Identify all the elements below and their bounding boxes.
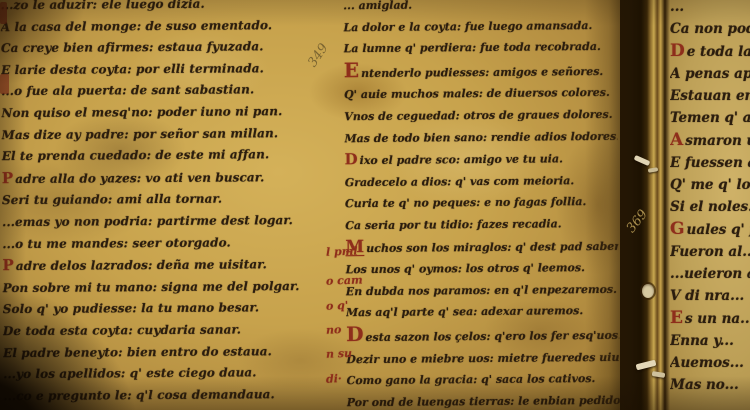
verse-line: Si el noles... (670, 196, 750, 218)
verse-text: Estauan en d... (670, 88, 750, 104)
verse-line: Non quiso el mesq'no: poder iuno ni pan. (1, 101, 321, 125)
verse-text: ...emas yo non podria: partirme dest log… (2, 213, 293, 229)
verse-line: ...emas yo non podria: partirme dest log… (2, 210, 322, 234)
verse-line: El padre beneyto: bien entro do estaua. (3, 340, 323, 364)
verse-text: ...zo le aduzir: ele luego dizia. (1, 0, 205, 12)
verse-line: Padre delos lazrados: deña me uisitar. (2, 253, 322, 278)
verse-line: Vnos de ceguedad: otros de graues dolore… (344, 104, 617, 128)
verse-line: Temen q' afi... (670, 107, 750, 129)
verse-line: ...o fue ala puerta: de sant sabastian. (1, 79, 321, 103)
margin-gloss: no (326, 322, 366, 336)
verse-line: Fueron al... (670, 241, 750, 263)
verse-text: ... (670, 0, 684, 15)
verse-line: Padre alla do yazes: vo ati ven buscar. (2, 166, 322, 191)
verse-text: Enna y... (670, 333, 734, 349)
verse-text: E fuessen ap... (670, 155, 750, 171)
verse-line: ...ueieron a... (670, 263, 750, 285)
verse-text: Curia te q' no peques: e no fagas follia… (345, 195, 586, 210)
margin-gloss: o q' (326, 298, 366, 312)
verse-line: Dezir uno e miebre uos: mietre fueredes … (346, 346, 619, 370)
rubric-initial: E (344, 58, 361, 82)
verse-text: Gradecelo a dios: q' vas com meioria. (345, 174, 574, 189)
verse-line: ...o tu me mandes: seer otorgado. (2, 231, 322, 255)
verse-line: Enna y... (670, 330, 750, 352)
verse-line: Curia te q' no peques: e no fagas follia… (345, 191, 618, 215)
verse-line: Dixo el padre sco: amigo ve tu uia. (345, 147, 618, 172)
verse-text: Por ond de luengas tierras: le enbian pe… (347, 393, 620, 408)
verse-text: Pon sobre mi tu mano: signa me del polga… (3, 279, 300, 295)
verse-text: Auemos... (670, 355, 744, 371)
margin-gloss: di· (326, 371, 366, 385)
verse-text: uchos son los miraglos: q' dest pad sabe… (366, 239, 620, 254)
left-text-column: ...zo le aduzir: ele luego dizia. A la c… (1, 0, 324, 410)
verse-line: A la casa del monge: de suso ementado. (1, 14, 321, 38)
verse-text: smaron un... (685, 133, 750, 149)
verse-line: La dolor e la coyta: fue luego amansada. (343, 14, 616, 38)
verse-line: Solo q' yo pudiesse: la tu mano besar. (3, 297, 323, 321)
verse-line: En dubda nos paramos: en q'l enpezaremos… (346, 279, 619, 303)
verse-text: Mas dize ay padre: por señor san millan. (1, 126, 278, 142)
rubric-initial: P (2, 169, 16, 187)
verse-text: A penas aple... (670, 66, 750, 82)
verse-line: V di nra... (670, 285, 750, 307)
rubric-initial: D (345, 150, 360, 168)
rubric-initial: G (670, 219, 687, 239)
verse-text: Mas aq'l parte q' sea: adexar auremos. (346, 304, 583, 319)
rubric-initial: P (2, 256, 16, 274)
verse-line: ... (670, 0, 750, 18)
verse-text: La dolor e la coyta: fue luego amansada. (343, 19, 592, 34)
verse-line: Auemos... (670, 352, 750, 374)
verse-text: V di nra... (670, 288, 744, 304)
verse-text: adre alla do yazes: vo ati ven buscar. (15, 170, 264, 186)
sewing-thread (636, 360, 657, 371)
verse-line: Mas de todo bien sano: rendie adios lodo… (344, 125, 617, 149)
verse-text: Mas no... (670, 377, 739, 393)
verse-text: ixo el padre sco: amigo ve tu uia. (360, 152, 563, 167)
verse-line: Seri tu guiando: ami alla tornar. (2, 188, 322, 212)
margin-gloss: n su (326, 346, 366, 360)
sewing-thread (648, 167, 659, 173)
parchment-hole (642, 284, 654, 298)
verse-line: Pon sobre mi tu mano: signa me del polga… (3, 276, 323, 300)
verse-line: Ca creye bien afirmes: estaua fyuzada. (1, 36, 321, 60)
verse-text: Temen q' afi... (670, 110, 750, 126)
verse-text: Q' auie muchos males: de diuersos colore… (344, 86, 610, 101)
verse-line: Guales q' f... (670, 218, 750, 241)
verse-text: Q' me q' lo... (670, 177, 750, 193)
verse-line: Mas dize ay padre: por señor san millan. (1, 122, 321, 146)
verse-line: Por ond de luengas tierras: le enbian pe… (347, 389, 620, 410)
verse-text: s un na... (685, 311, 750, 327)
verse-text: ...o fue ala puerta: de sant sabastian. (1, 83, 254, 99)
verse-text: ...o tu me mandes: seer otorgado. (2, 235, 231, 251)
sewing-thread (652, 371, 666, 378)
verse-text: ntenderlo pudiesses: amigos e señores. (361, 65, 603, 80)
right-text-column: ... Ca non podien... De toda la g... A p… (670, 0, 750, 410)
verse-line: Q' auie muchos males: de diuersos colore… (344, 82, 617, 106)
verse-text: Mas de todo bien sano: rendie adios lodo… (344, 129, 619, 144)
verse-line: Como gano la gracia: q' saca los cativos… (346, 368, 619, 392)
verse-text: Fueron al... (670, 244, 750, 260)
verse-line: Estauan en d... (670, 85, 750, 107)
verse-line: Los unos q' oymos: los otros q' leemos. (345, 257, 618, 281)
book-gutter: 369 (585, 0, 670, 410)
verse-line: Entenderlo pudiesses: amigos e señores. (344, 58, 617, 85)
cut-red-initial (0, 2, 7, 24)
rubric-initial: D (670, 41, 687, 61)
verse-line: Asmaron un... (670, 129, 750, 152)
verse-line: Mas aq'l parte q' sea: adexar auremos. (346, 300, 619, 324)
verse-line: ...yo los apellidos: q' este ciego daua. (3, 362, 323, 386)
verse-text: e toda la g... (687, 44, 750, 60)
verse-line: A penas aple... (670, 63, 750, 85)
verse-text: Los unos q' oymos: los otros q' leemos. (346, 261, 585, 276)
verse-text: Ca creye bien afirmes: estaua fyuzada. (1, 39, 264, 55)
cut-red-initial (0, 74, 9, 94)
verse-text: Ca non podien... (670, 21, 750, 37)
verse-line: E larie desta coyta: por elli terminada. (1, 58, 321, 82)
verse-text: Dezir uno e miebre uos: mietre fueredes … (346, 350, 620, 366)
verse-line: Es un na... (670, 307, 750, 330)
center-text-column: ... amiglad. La dolor e la coyta: fue lu… (343, 0, 620, 410)
verse-line: ...co e pregunto le: q'l cosa demandaua. (3, 384, 323, 408)
sewing-thread (634, 155, 651, 166)
verse-text: Como gano la gracia: q' saca los cativos… (346, 372, 595, 387)
rubric-initial: E (670, 308, 685, 328)
stanza-number-annotation: 369 (624, 207, 651, 236)
verse-text: ...yo los apellidos: q' este ciego daua. (3, 365, 256, 381)
verse-text: E larie desta coyta: por elli terminada. (1, 61, 264, 77)
verse-line: De toda la g... (670, 40, 750, 63)
rubric-initial: A (670, 130, 685, 150)
verse-text: Seri tu guiando: ami alla tornar. (2, 192, 222, 208)
verse-line: Ca seria por tu tidio: fazes recadia. (345, 213, 618, 237)
verse-text: En dubda nos paramos: en q'l enpezaremos… (346, 283, 617, 298)
verse-text: Solo q' yo pudiesse: la tu mano besar. (3, 301, 259, 317)
margin-gloss: l pml (326, 244, 366, 258)
verse-line: El te prenda cuedado: de este mi affan. (2, 144, 322, 168)
verse-text: ...co e pregunto le: q'l cosa demandaua. (3, 387, 275, 403)
verse-text: El padre beneyto: bien entro do estaua. (3, 344, 272, 360)
verse-line: Q' me q' lo... (670, 174, 750, 196)
verse-line: Desta sazon los çelos: q'ero los fer esq… (346, 322, 619, 349)
verse-line: Gradecelo a dios: q' vas com meioria. (345, 170, 618, 194)
verse-text: Non quiso el mesq'no: poder iuno ni pan. (1, 104, 282, 120)
verse-text: Ca seria por tu tidio: fazes recadia. (345, 217, 561, 232)
verse-line: Ca non podien... (670, 18, 750, 40)
verse-text: Si el noles... (670, 199, 750, 215)
manuscript-photo: ...zo le aduzir: ele luego dizia. A la c… (0, 0, 750, 410)
verse-text: A la casa del monge: de suso ementado. (1, 18, 272, 34)
verse-line: La lumne q' perdiera: fue toda recobrada… (344, 36, 617, 60)
verse-text: ... amiglad. (343, 0, 412, 12)
verse-line: De toda esta coyta: cuydaria sanar. (3, 319, 323, 343)
left-page: ...zo le aduzir: ele luego dizia. A la c… (0, 0, 620, 410)
verse-line: E fuessen ap... (670, 152, 750, 174)
margin-gloss: o cam (326, 273, 366, 287)
verse-text: De toda esta coyta: cuydaria sanar. (3, 322, 241, 338)
verse-text: esta sazon los çelos: q'ero los fer esq'… (365, 329, 619, 344)
verse-text: El te prenda cuedado: de este mi affan. (2, 147, 270, 163)
verse-text: La lumne q' perdiera: fue toda recobrada… (344, 40, 601, 55)
verse-text: adre delos lazrados: deña me uisitar. (16, 257, 267, 273)
verse-text: uales q' f... (687, 222, 750, 238)
verse-line: Mas no... (670, 374, 750, 396)
verse-line: Muchos son los miraglos: q' dest pad sab… (345, 234, 618, 259)
verse-text: ...ueieron a... (670, 266, 750, 282)
verse-text: Vnos de ceguedad: otros de graues dolore… (344, 108, 612, 123)
